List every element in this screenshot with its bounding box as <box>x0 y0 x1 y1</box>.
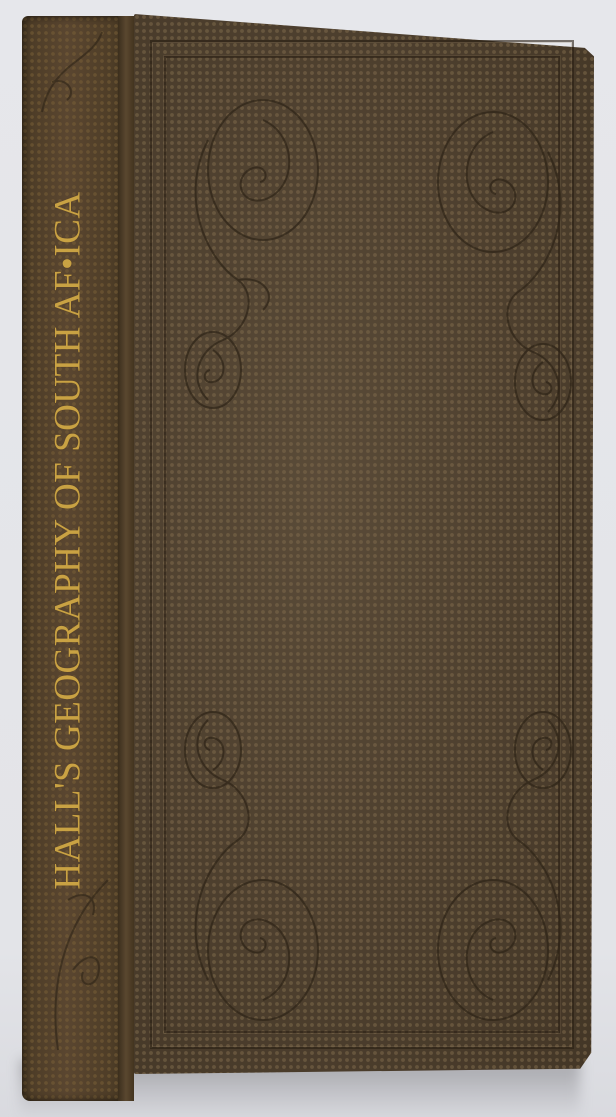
ornament-bottom-right-icon <box>428 700 588 1040</box>
ornament-top-right-icon <box>428 92 588 432</box>
spine-ornament-top-icon <box>32 22 116 122</box>
ornament-top-left-icon <box>168 80 328 420</box>
spine-title: HALL'S GEOGRAPHY OF SOUTH AF•ICA <box>28 150 108 930</box>
book: HALL'S GEOGRAPHY OF SOUTH AF•ICA <box>0 0 616 1117</box>
spine-hinge <box>118 16 134 1101</box>
ornament-bottom-left-icon <box>168 700 328 1040</box>
spine-title-text: HALL'S GEOGRAPHY OF SOUTH AF•ICA <box>47 191 90 889</box>
